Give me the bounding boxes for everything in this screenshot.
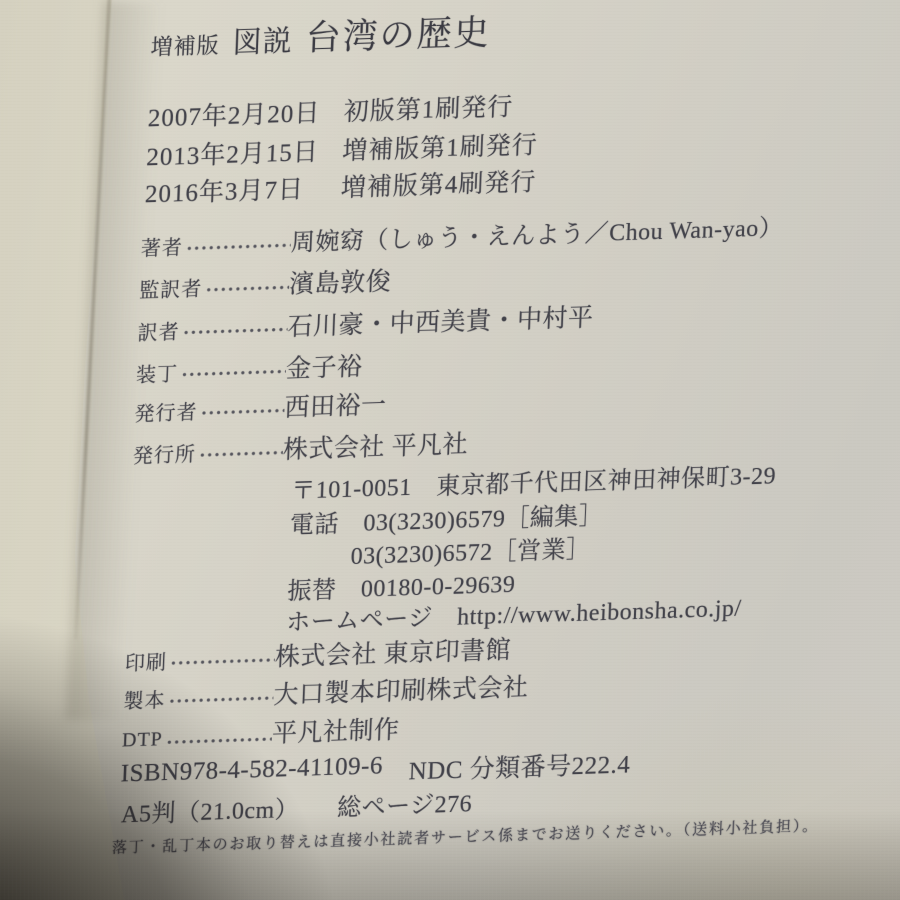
leader-dots	[168, 686, 274, 707]
printing-date: 2013年2月15日	[146, 131, 343, 173]
leader-dots	[186, 233, 292, 254]
production-label: 製本	[123, 684, 166, 714]
production-value: 平凡社制作	[271, 709, 400, 749]
credit-value: 濱島敦俊	[289, 262, 392, 301]
credit-value: 西田裕一	[284, 385, 387, 424]
book-title: 増補版 図説 台湾の歴史	[150, 5, 492, 66]
colophon-content: 増補版 図説 台湾の歴史 2007年2月20日 初版第1刷発行 2013年2月1…	[116, 0, 870, 893]
page-count: 総ページ276	[337, 783, 473, 822]
credit-value: 金子裕	[285, 346, 363, 384]
title-edition: 増補版	[150, 29, 220, 62]
credit-label: 装丁	[136, 357, 179, 387]
leader-dots	[205, 275, 290, 296]
credit-value: 株式会社 平凡社	[282, 424, 469, 466]
credit-label: 訳者	[137, 315, 180, 345]
credit-row-publisher-person: 発行者 西田裕一	[134, 385, 387, 429]
credit-row-cover-design: 装丁 金子裕	[135, 346, 363, 389]
credit-label: 発行所	[132, 438, 196, 469]
leader-dots	[200, 398, 285, 419]
credit-row-publishing-house: 発行所 株式会社 平凡社	[132, 424, 468, 471]
title-series: 図説	[232, 18, 294, 61]
credit-label: 発行者	[134, 396, 198, 427]
credit-label: 著者	[140, 231, 183, 261]
production-value: 大口製本印刷株式会社	[273, 667, 529, 711]
printing-event: 増補版第1刷発行	[342, 125, 539, 167]
credit-label: 監訳者	[139, 272, 203, 303]
printing-date: 2016年3月7日	[144, 168, 341, 210]
format-size: A5判（21.0cm）	[121, 789, 300, 830]
leader-dots	[199, 441, 284, 462]
printing-event: 増補版第4刷発行	[340, 162, 537, 204]
credit-row-supervising-translator: 監訳者 濱島敦俊	[139, 262, 392, 306]
production-value: 株式会社 東京印書館	[274, 630, 512, 673]
credit-value: 石川豪・中西美貴・中村平	[287, 297, 594, 343]
production-row-dtp: DTP 平凡社制作	[121, 709, 400, 754]
credit-row-translators: 訳者 石川豪・中西美貴・中村平	[137, 297, 594, 347]
leader-dots	[165, 727, 272, 748]
credit-row-author: 著者 周婉窈（しゅう・えんよう／Chou Wan-yao）	[140, 207, 784, 262]
leader-dots	[181, 359, 287, 380]
credit-value: 周婉窈（しゅう・えんよう／Chou Wan-yao）	[290, 207, 784, 258]
book-colophon-photo: 増補版 図説 台湾の歴史 2007年2月20日 初版第1刷発行 2013年2月1…	[0, 0, 900, 900]
leader-dots	[182, 317, 288, 338]
ndc-text: NDC 分類番号222.4	[408, 744, 631, 787]
leader-dots	[170, 648, 276, 669]
production-label: DTP	[122, 728, 164, 752]
title-main: 台湾の歴史	[305, 5, 492, 61]
production-label: 印刷	[124, 646, 167, 676]
printing-date: 2007年2月20日	[147, 92, 344, 134]
printing-event: 初版第1刷発行	[343, 87, 514, 128]
